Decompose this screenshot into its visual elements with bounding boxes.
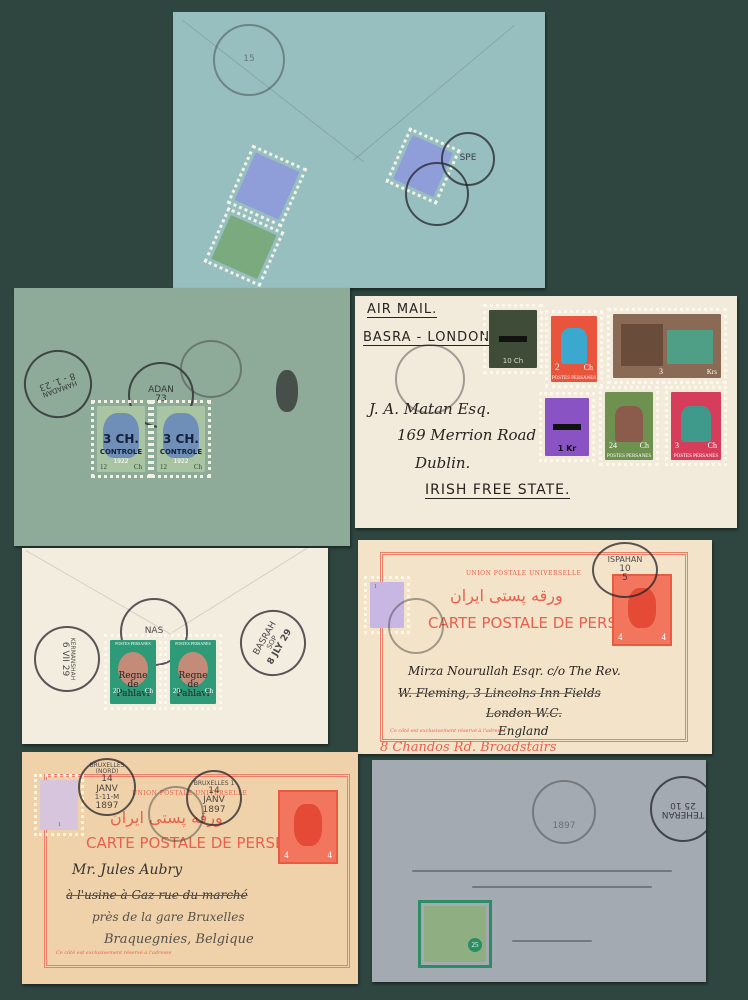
postmark: ISPAHAN 10 5 xyxy=(592,542,658,598)
airmail-endorsement: AIR MAIL. xyxy=(367,302,437,318)
portrait-stamp: 2 Ch POSTES PERSANES xyxy=(545,310,603,388)
address-line: Braquegnies, Belgique xyxy=(104,932,254,947)
address-line: London W.C. xyxy=(486,706,562,720)
ispahan-postcard: UNION POSTALE UNIVERSELLE ورقه پستی ایرا… xyxy=(358,540,712,754)
airmail-overprint-stamp: 10 Ch xyxy=(483,304,543,374)
lion-stamp: 25 xyxy=(418,900,492,968)
postmark: BASRAH SOP 8 JLY 29 xyxy=(228,598,318,688)
postmark xyxy=(405,162,469,226)
postmark xyxy=(395,344,465,414)
address-line: à l'usine à Gaz rue du marché xyxy=(66,888,248,902)
controle-overprint-stamp: 3 CH. CONTROLE 1922 12 Ch xyxy=(91,400,151,478)
lion-stamp: 1 xyxy=(34,774,84,836)
postmark: TEHERAN 25 10 xyxy=(650,776,706,842)
address-line: Dublin. xyxy=(415,454,470,472)
postmark: 15 xyxy=(213,24,285,96)
postmark xyxy=(388,598,444,654)
blue-envelope-reverse: 15 SPE xyxy=(173,12,545,288)
redirect-address: 8 Chandos Rd. Broadstairs xyxy=(380,740,557,754)
address-line: W. Fleming, 3 Lincolns Inn Fields xyxy=(398,686,601,700)
postmark: BRUXELLES 1 14 JANV 1897 xyxy=(186,770,242,826)
portrait-stamp: 3 Ch POSTES PERSANES xyxy=(665,386,727,466)
card-footer-note: Ce côté est exclusivement réservé à l'ad… xyxy=(56,950,172,956)
postmark xyxy=(180,340,242,398)
card-header: UNION POSTALE UNIVERSELLE xyxy=(466,570,581,577)
wax-seal-blot xyxy=(276,370,298,412)
card-persian-title: ورقه پستی ایران xyxy=(450,586,563,605)
persian-handwriting xyxy=(472,886,652,888)
portrait-stamp: 24 Ch POSTES PERSANES xyxy=(599,386,659,466)
card-footer-note: Ce côté est exclusivement réservé à l'ad… xyxy=(390,728,506,734)
address-line: Mr. Jules Aubry xyxy=(72,862,182,878)
airmail-cover: AIR MAIL. BASRA - LONDON. J. A. Matan Es… xyxy=(355,296,737,528)
stamp-album-page: { "image": { "subject": "Lot of seven Pe… xyxy=(0,0,748,1000)
pahlavi-overprint-stamp: POSTES PERSANES Regne de Pahlavi 20 Ch xyxy=(164,634,222,710)
pahlavi-overprint-stamp: POSTES PERSANES Regne de Pahlavi 20 Ch xyxy=(104,634,162,710)
postmark: KERMANSHAH 6 VII 29 xyxy=(34,626,100,692)
card-title: CARTE POSTALE DE PERSE xyxy=(428,614,626,632)
green-envelope-reverse: HAMADAN 8 - 1. 23 ADAN 73 3 CH. CONTROLE… xyxy=(14,288,350,546)
persian-handwriting xyxy=(412,870,672,872)
address-line: 169 Merrion Road xyxy=(397,426,536,444)
postmark: HAMADAN 8 - 1. 23 xyxy=(14,340,101,427)
address-line: IRISH FREE STATE. xyxy=(425,482,570,499)
address-line: Mirza Nourullah Esqr. c/o The Rev. xyxy=(408,664,621,678)
airmail-pictorial-stamp: 3 Krs xyxy=(607,308,727,384)
address-line: près de la gare Bruxelles xyxy=(92,910,244,924)
controle-overprint-stamp: 3 CH. CONTROLE 1922 12 Ch xyxy=(151,400,211,478)
teheran-cover: 1897 TEHERAN 25 10 25 xyxy=(372,760,706,982)
postmark: BRUXELLES (NORD) 14 JANV 1-11-M 1897 xyxy=(78,758,136,816)
white-envelope-reverse: KERMANSHAH 6 VII 29 NAS BASRAH SOP 8 JLY… xyxy=(22,548,328,744)
airmail-overprint-stamp: 1 Kr xyxy=(539,392,595,462)
bruxelles-postcard: UNION POSTALE UNIVERSELLE ورقه پستی ایرا… xyxy=(22,752,358,984)
persian-handwriting xyxy=(512,940,592,942)
postmark: 1897 xyxy=(532,780,596,844)
stamp-indicium: 4 4 xyxy=(278,790,338,864)
